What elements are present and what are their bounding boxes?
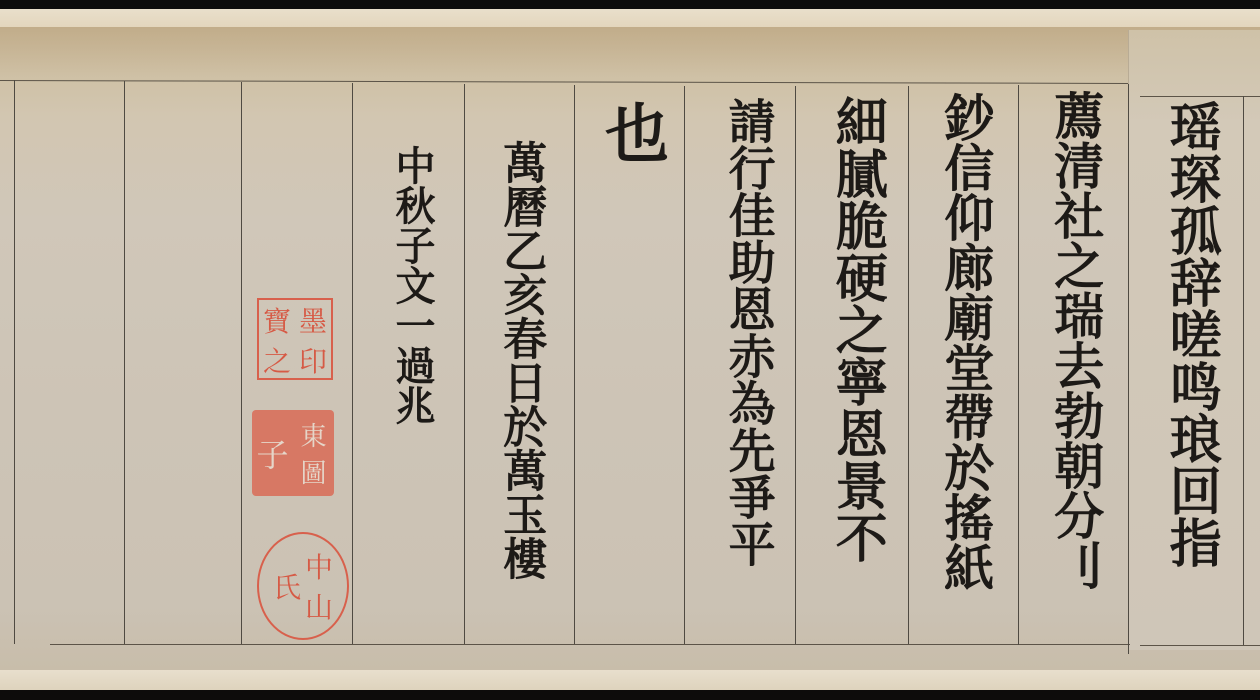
column-rule	[1018, 85, 1019, 645]
column-rule	[464, 84, 465, 644]
calligraphy-column-3: 鈔信仰廊廟堂帶於搖紙	[935, 92, 995, 592]
top-rule-sheet2	[1140, 96, 1260, 97]
bottom-rule-sheet2	[1140, 645, 1260, 646]
column-rule	[908, 86, 909, 644]
bottom-rule	[50, 644, 1130, 645]
column-rule	[574, 85, 575, 644]
round-seal: 氏 中 山	[257, 532, 349, 640]
column-rule	[1128, 84, 1129, 654]
calligraphy-column-1: 瑶琛孤辞嗟鸣琅回指	[1160, 100, 1220, 568]
paper-stain	[0, 27, 1260, 77]
calligraphy-column-signature: 中秋子文一過兆	[384, 145, 440, 425]
column-rule	[124, 81, 125, 644]
calligraphy-column-colophon-date: 萬曆乙亥春日於萬玉樓	[490, 140, 550, 580]
column-rule	[1243, 96, 1244, 645]
calligraphy-column-4: 細膩脆硬之寧恩景不	[826, 95, 886, 563]
calligraphy-column-5: 請行佳助恩赤為先爭平	[718, 97, 778, 567]
column-rule	[684, 86, 685, 644]
square-intaglio-seal: 子 東 圖	[252, 410, 334, 496]
scroll-mount-top	[0, 9, 1260, 27]
column-rule	[241, 82, 242, 644]
column-rule	[795, 86, 796, 644]
scroll-mount-bottom	[0, 670, 1260, 690]
square-relief-seal: 寶 墨 之 印	[257, 298, 333, 380]
column-rule	[352, 83, 353, 644]
calligraphy-column-2: 薦清社之瑞去勃朝分刂	[1045, 90, 1105, 590]
column-rule	[14, 80, 15, 644]
calligraphy-column-6: 也	[596, 100, 666, 164]
